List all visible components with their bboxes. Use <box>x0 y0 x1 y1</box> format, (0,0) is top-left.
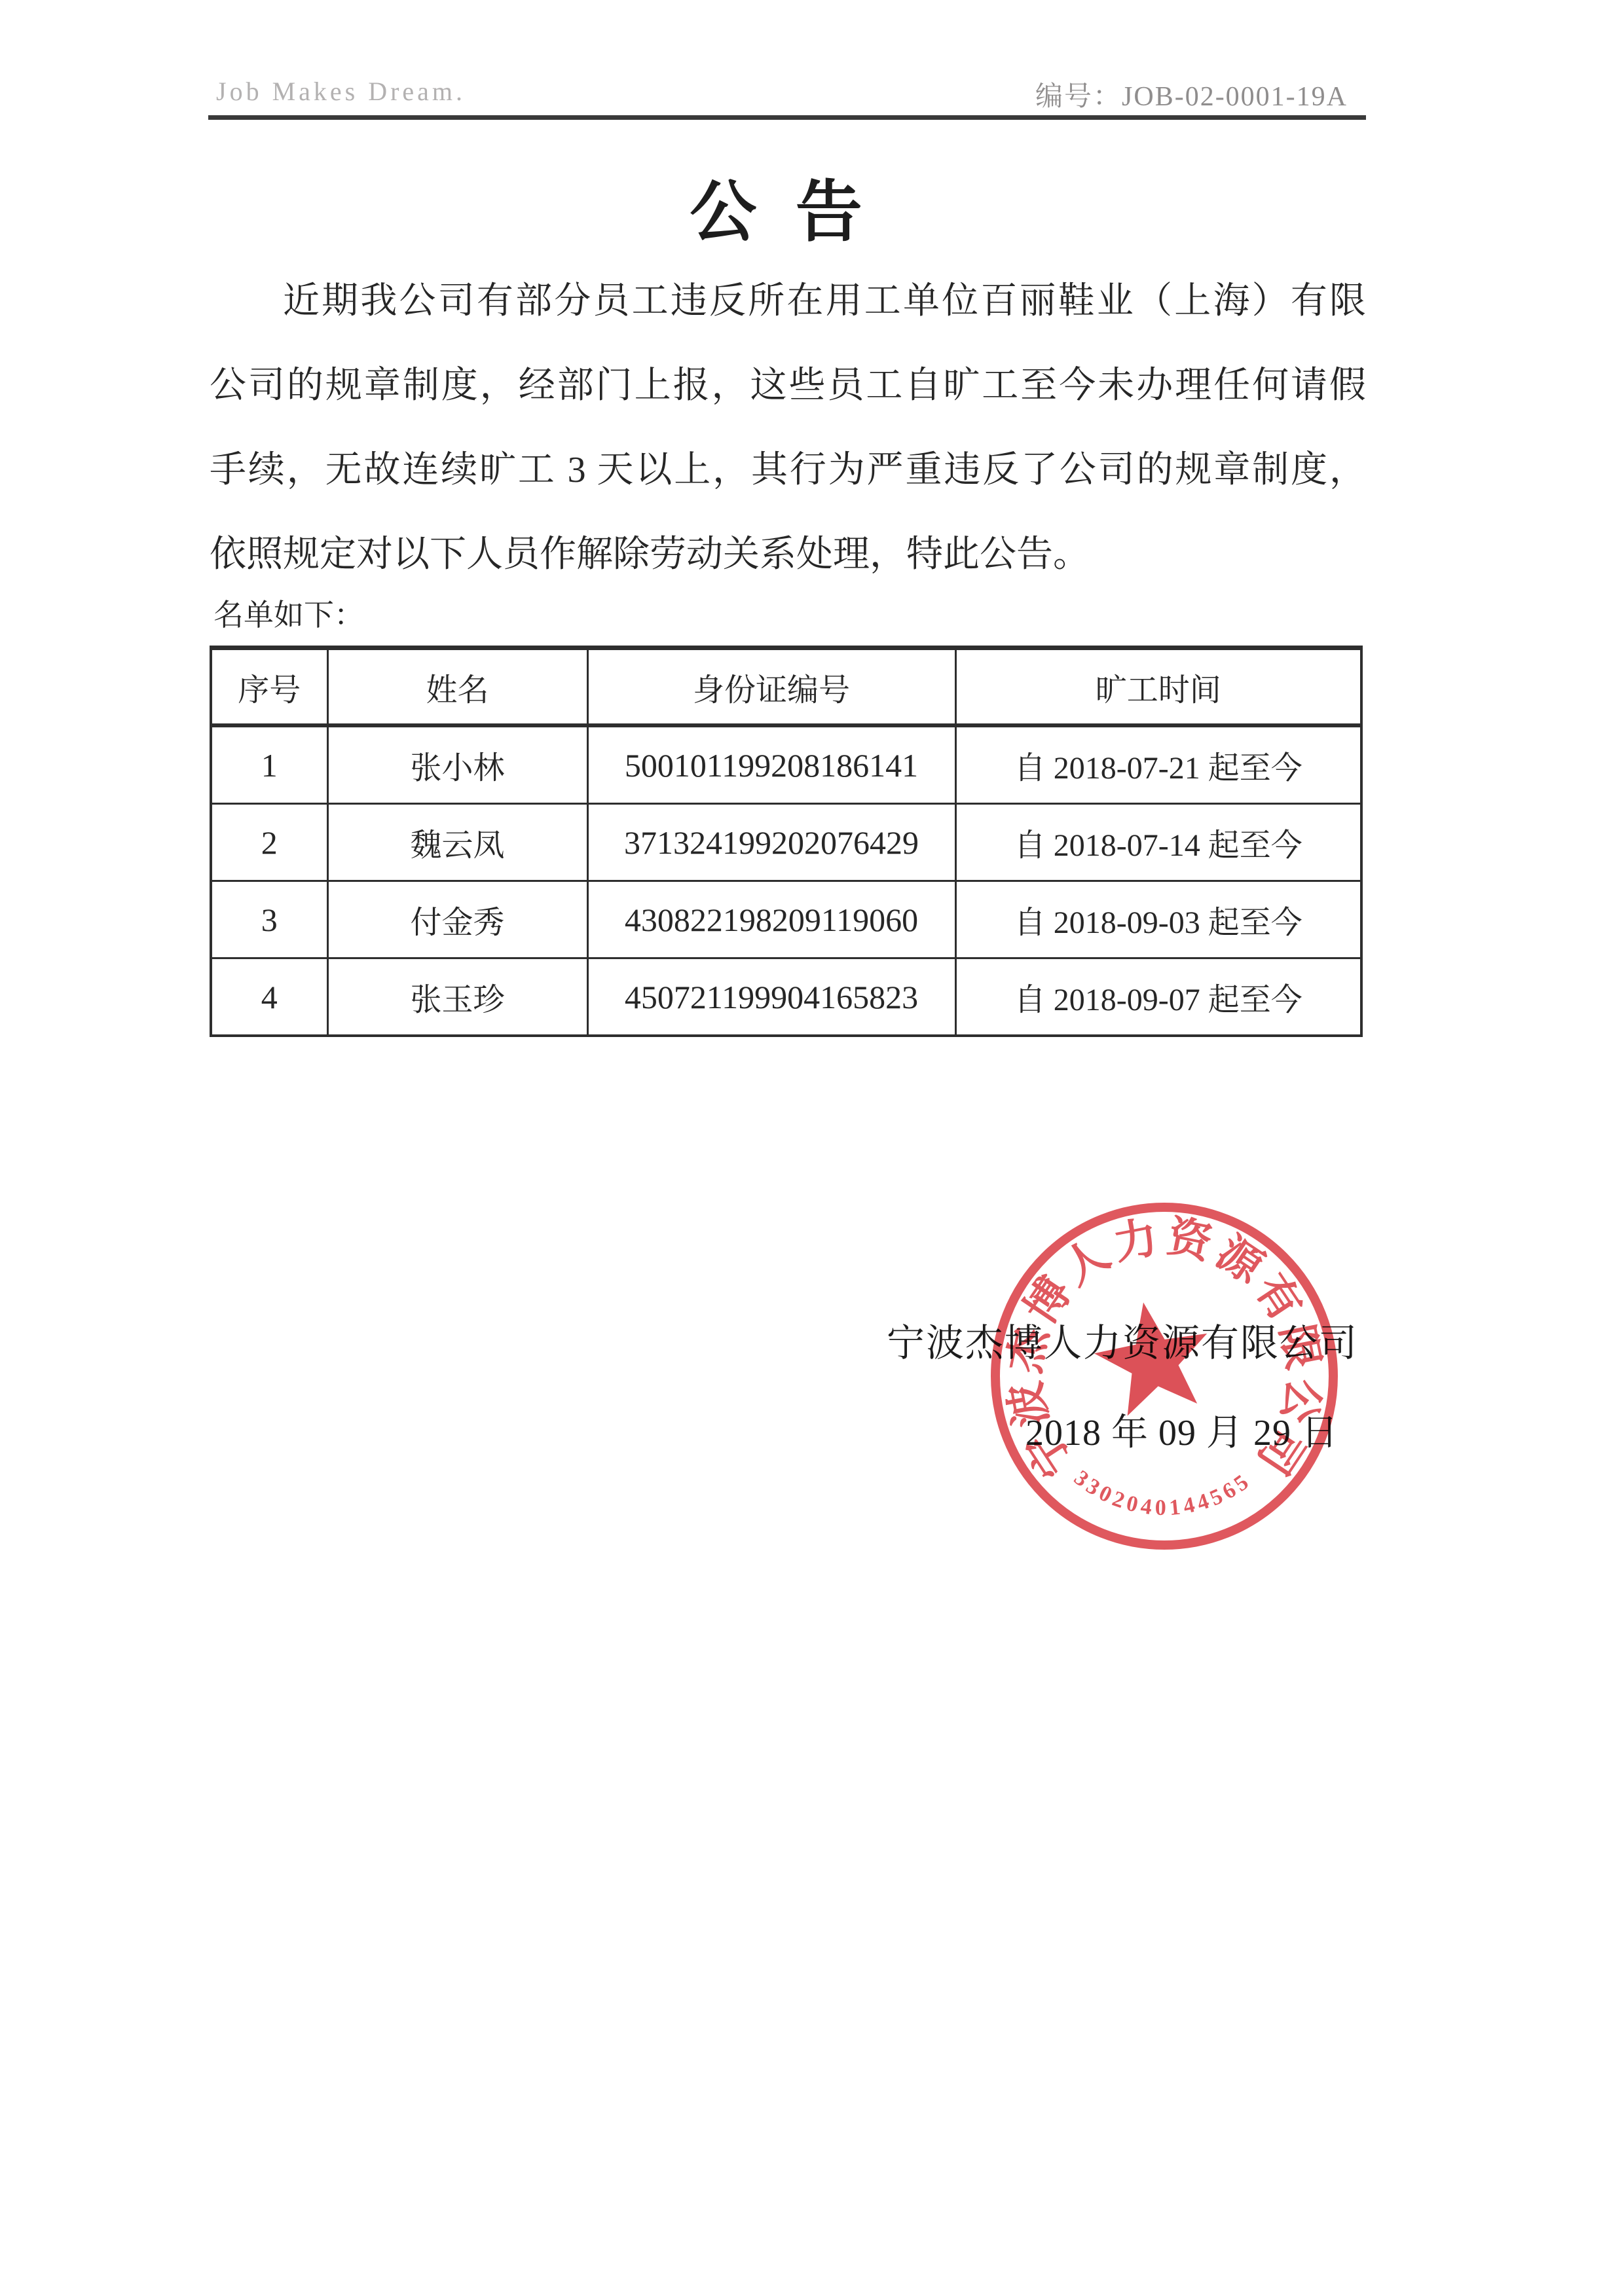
page-title: 公 告 <box>0 159 1588 255</box>
seal-number: 3302040144565 <box>1069 1466 1256 1520</box>
table-row: 2 魏云凤 371324199202076429 自 2018-07-14 起至… <box>211 804 1361 881</box>
col-header-id: 身份证编号 <box>587 648 955 726</box>
col-header-name: 姓名 <box>327 648 587 726</box>
cell-name: 张玉珍 <box>327 958 587 1036</box>
col-header-absence: 旷工时间 <box>955 648 1361 726</box>
cell-id: 500101199208186141 <box>587 725 955 804</box>
cell-index: 3 <box>211 881 327 958</box>
table-row: 1 张小林 500101199208186141 自 2018-07-21 起至… <box>211 725 1361 804</box>
company-seal-stamp: 宁波杰博人力资源有限公司 3302040144565 <box>974 1186 1354 1566</box>
list-label: 名单如下： <box>213 591 364 634</box>
cell-id: 371324199202076429 <box>587 804 955 881</box>
body-line: 近期我公司有部分员工违反所在用工单位百丽鞋业（上海）有限 <box>210 259 1366 344</box>
cell-absence: 自 2018-09-07 起至今 <box>955 958 1361 1036</box>
body-paragraph: 近期我公司有部分员工违反所在用工单位百丽鞋业（上海）有限 公司的规章制度，经部门… <box>210 259 1366 597</box>
cell-absence: 自 2018-07-14 起至今 <box>955 804 1361 881</box>
cell-absence: 自 2018-07-21 起至今 <box>955 725 1361 804</box>
table-row: 3 付金秀 430822198209119060 自 2018-09-03 起至… <box>211 881 1361 958</box>
cell-name: 魏云凤 <box>327 804 587 881</box>
cell-id: 450721199904165823 <box>587 958 955 1036</box>
seal-star-icon <box>1087 1292 1219 1419</box>
cell-name: 张小林 <box>327 725 587 804</box>
body-line: 依照规定对以下人员作解除劳动关系处理，特此公告。 <box>210 513 1366 597</box>
table-header-row: 序号 姓名 身份证编号 旷工时间 <box>211 648 1361 726</box>
col-header-index: 序号 <box>211 648 327 726</box>
header-rule <box>208 115 1366 120</box>
cell-index: 4 <box>211 958 327 1036</box>
header-doc-number: 编号：JOB-02-0001-19A <box>1035 75 1348 114</box>
cell-id: 430822198209119060 <box>587 881 955 958</box>
roster-table: 序号 姓名 身份证编号 旷工时间 1 张小林 50010119920818614… <box>210 646 1363 1037</box>
cell-index: 1 <box>211 725 327 804</box>
cell-name: 付金秀 <box>327 881 587 958</box>
body-line: 公司的规章制度，经部门上报，这些员工自旷工至今未办理任何请假 <box>210 344 1366 428</box>
cell-absence: 自 2018-09-03 起至今 <box>955 881 1361 958</box>
cell-index: 2 <box>211 804 327 881</box>
announcement-document: Job Makes Dream. 编号：JOB-02-0001-19A 公 告 … <box>0 0 1624 2296</box>
table-row: 4 张玉珍 450721199904165823 自 2018-09-07 起至… <box>211 958 1361 1036</box>
header-slogan: Job Makes Dream. <box>216 76 466 107</box>
body-line: 手续，无故连续旷工 3 天以上，其行为严重违反了公司的规章制度， <box>210 428 1366 513</box>
